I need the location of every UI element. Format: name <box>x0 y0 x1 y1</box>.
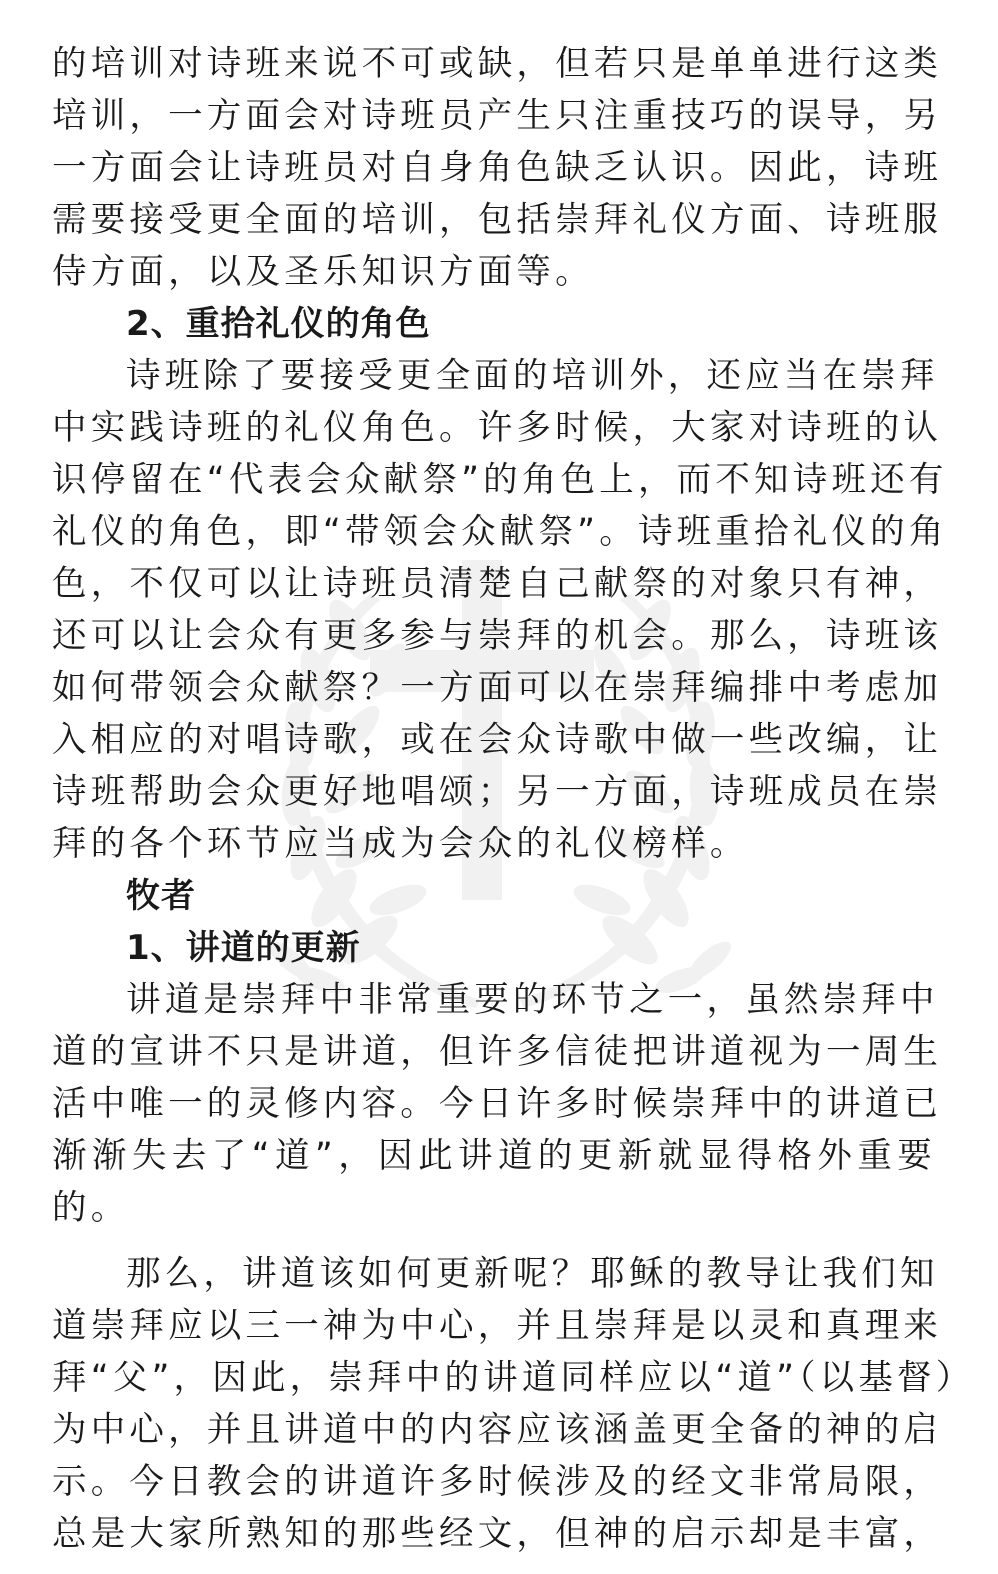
text-line: 还可以让会众有更多参与崇拜的机会。那么，诗班该 <box>52 610 936 662</box>
text-line: 示。今日教会的讲道许多时候涉及的经文非常局限， <box>52 1456 936 1508</box>
text-line: 礼仪的角色，即“带领会众献祭”。诗班重拾礼仪的角 <box>52 506 936 558</box>
text-line: 总是大家所熟知的那些经文，但神的启示却是丰富， <box>52 1508 936 1560</box>
text-line: 拜“父”，因此，崇拜中的讲道同样应以“道”（以基督） <box>52 1352 936 1404</box>
text-line: 活中唯一的灵修内容。今日许多时候崇拜中的讲道已 <box>52 1078 936 1130</box>
text-line: 诗班除了要接受更全面的培训外，还应当在崇拜 <box>52 350 936 402</box>
text-line: 入相应的对唱诗歌，或在会众诗歌中做一些改编，让 <box>52 714 936 766</box>
paragraph-training-continuation: 的培训对诗班来说不可或缺，但若只是单单进行这类 培训，一方面会对诗班员产生只注重… <box>52 38 936 298</box>
text-line: 识停留在“代表会众献祭”的角色上，而不知诗班还有 <box>52 454 936 506</box>
text-line: 那么，讲道该如何更新呢？耶稣的教导让我们知 <box>52 1248 936 1300</box>
text-line: 色，不仅可以让诗班员清楚自己献祭的对象只有神， <box>52 558 936 610</box>
text-line: 培训，一方面会对诗班员产生只注重技巧的误导，另 <box>52 90 936 142</box>
paragraph-sermon-importance: 讲道是崇拜中非常重要的环节之一，虽然崇拜中 道的宣讲不只是讲道，但许多信徒把讲道… <box>52 974 936 1234</box>
document-page: 的培训对诗班来说不可或缺，但若只是单单进行这类 培训，一方面会对诗班员产生只注重… <box>52 38 936 1560</box>
paragraph-spacer <box>52 1234 936 1248</box>
section-heading-liturgical-role: 2、重拾礼仪的角色 <box>52 298 936 350</box>
text-line: 如何带领会众献祭？一方面可以在崇拜编排中考虑加 <box>52 662 936 714</box>
text-line: 诗班帮助会众更好地唱颂；另一方面，诗班成员在崇 <box>52 766 936 818</box>
text-line: 渐渐失去了“道”，因此讲道的更新就显得格外重要 <box>52 1130 936 1182</box>
text-line: 为中心，并且讲道中的内容应该涵盖更全备的神的启 <box>52 1404 936 1456</box>
section-heading-pastor: 牧者 <box>52 870 936 922</box>
text-line: 一方面会让诗班员对自身角色缺乏认识。因此，诗班 <box>52 142 936 194</box>
text-line: 拜的各个环节应当成为会众的礼仪榜样。 <box>52 818 936 870</box>
text-line: 侍方面，以及圣乐知识方面等。 <box>52 246 936 298</box>
text-line: 中实践诗班的礼仪角色。许多时候，大家对诗班的认 <box>52 402 936 454</box>
paragraph-liturgical-role: 诗班除了要接受更全面的培训外，还应当在崇拜 中实践诗班的礼仪角色。许多时候，大家… <box>52 350 936 870</box>
section-heading-sermon-renewal: 1、讲道的更新 <box>52 922 936 974</box>
paragraph-how-to-renew-sermon: 那么，讲道该如何更新呢？耶稣的教导让我们知 道崇拜应以三一神为中心，并且崇拜是以… <box>52 1248 936 1560</box>
text-line: 的。 <box>52 1182 936 1234</box>
text-line: 道崇拜应以三一神为中心，并且崇拜是以灵和真理来 <box>52 1300 936 1352</box>
text-line: 讲道是崇拜中非常重要的环节之一，虽然崇拜中 <box>52 974 936 1026</box>
text-line: 需要接受更全面的培训，包括崇拜礼仪方面、诗班服 <box>52 194 936 246</box>
text-line: 的培训对诗班来说不可或缺，但若只是单单进行这类 <box>52 38 936 90</box>
text-line: 道的宣讲不只是讲道，但许多信徒把讲道视为一周生 <box>52 1026 936 1078</box>
